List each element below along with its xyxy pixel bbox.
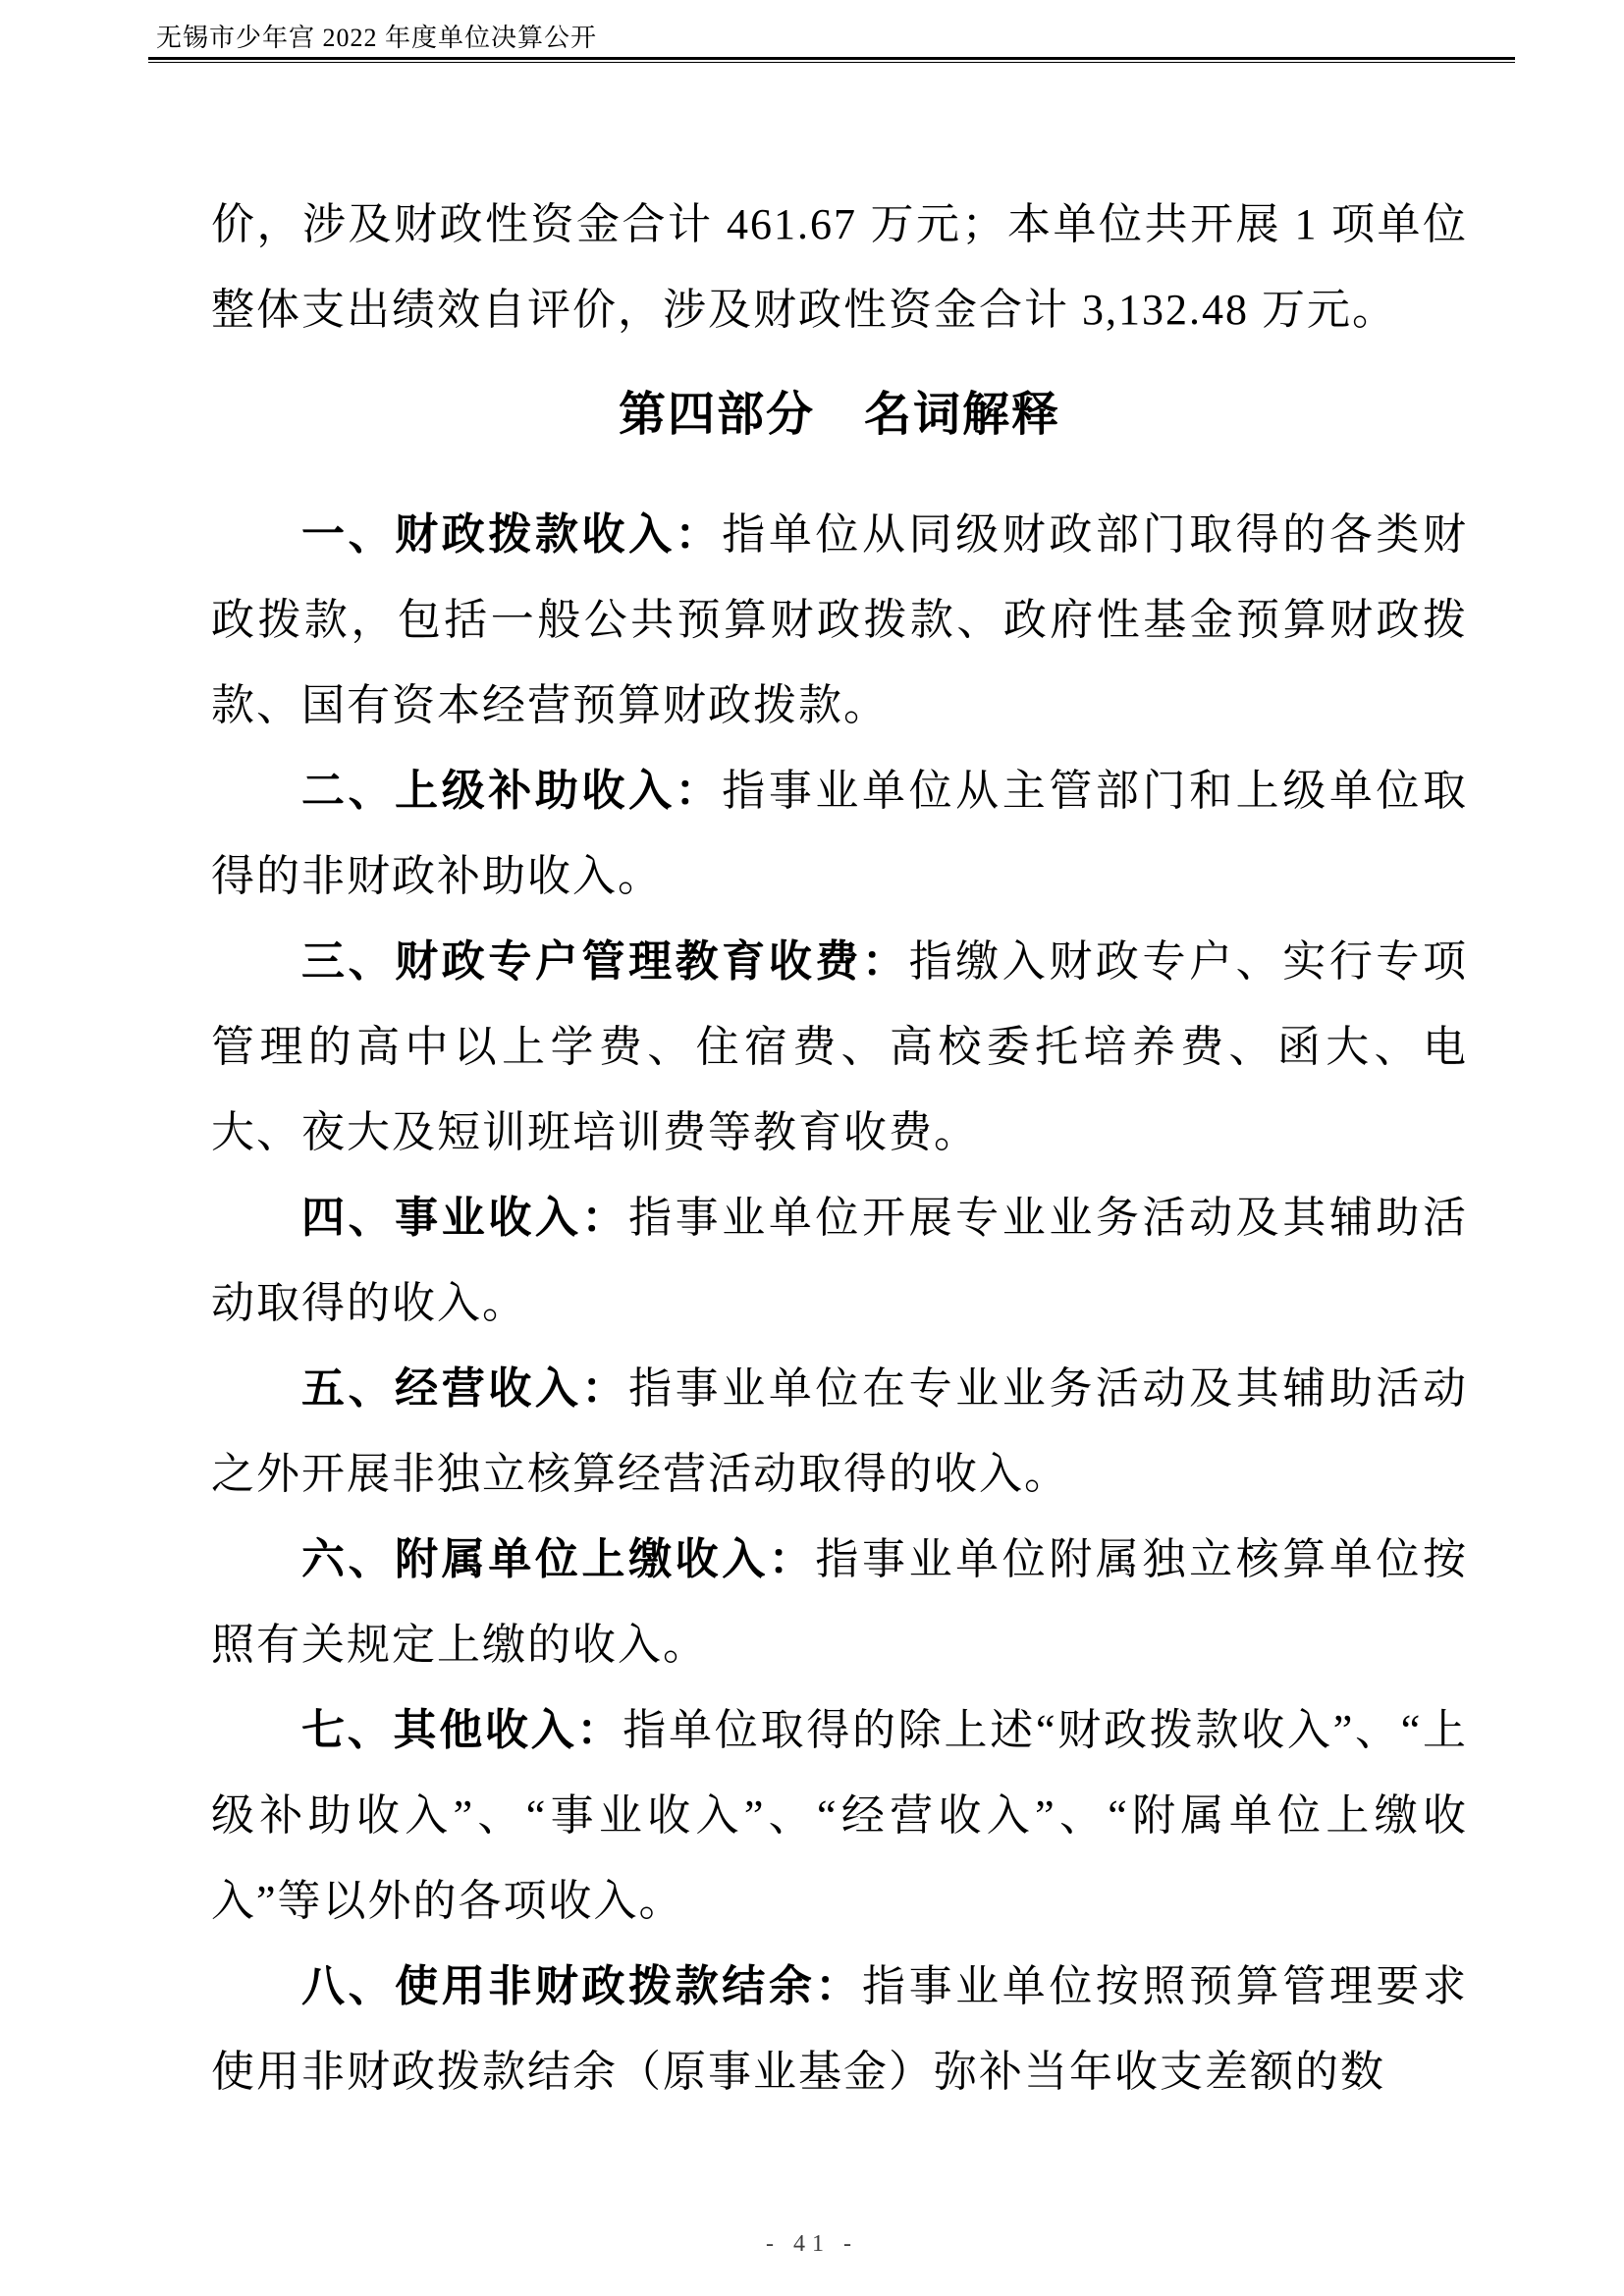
term-name: 七、其他收入：: [301, 1706, 623, 1754]
term-name: 三、财政专户管理教育收费：: [301, 937, 909, 986]
document-page: 无锡市少年宫 2022 年度单位决算公开 价，涉及财政性资金合计 461.67 …: [0, 0, 1624, 2296]
term-paragraph: 七、其他收入：指单位取得的除上述“财政拨款收入”、“上级补助收入”、“事业收入”…: [211, 1687, 1468, 1944]
term-paragraph: 五、经营收入：指事业单位在专业业务活动及其辅助活动之外开展非独立核算经营活动取得…: [211, 1346, 1468, 1517]
continuation-paragraph: 价，涉及财政性资金合计 461.67 万元；本单位共开展 1 项单位整体支出绩效…: [211, 182, 1468, 352]
term-paragraph: 一、财政拨款收入：指单位从同级财政部门取得的各类财政拨款，包括一般公共预算财政拨…: [211, 492, 1468, 748]
term-name: 八、使用非财政拨款结余：: [301, 1962, 862, 2010]
document-body: 价，涉及财政性资金合计 461.67 万元；本单位共开展 1 项单位整体支出绩效…: [211, 182, 1468, 2114]
terms-list: 一、财政拨款收入：指单位从同级财政部门取得的各类财政拨款，包括一般公共预算财政拨…: [211, 492, 1468, 2114]
term-name: 五、经营收入：: [301, 1364, 628, 1413]
term-name: 二、上级补助收入：: [301, 767, 722, 815]
term-name: 一、财政拨款收入：: [301, 510, 722, 559]
term-paragraph: 八、使用非财政拨款结余：指事业单位按照预算管理要求使用非财政拨款结余（原事业基金…: [211, 1944, 1468, 2114]
header-rule: [148, 57, 1515, 63]
term-name: 四、事业收入：: [301, 1194, 628, 1242]
page-number: - 41 -: [766, 2231, 858, 2257]
term-name: 六、附属单位上缴收入：: [301, 1535, 815, 1583]
page-footer: - 41 -: [0, 2230, 1624, 2258]
page-header: 无锡市少年宫 2022 年度单位决算公开: [148, 24, 1515, 63]
term-paragraph: 四、事业收入：指事业单位开展专业业务活动及其辅助活动取得的收入。: [211, 1175, 1468, 1346]
header-title: 无锡市少年宫 2022 年度单位决算公开: [156, 24, 1515, 53]
section-heading: 第四部分 名词解释: [211, 372, 1468, 458]
term-paragraph: 二、上级补助收入：指事业单位从主管部门和上级单位取得的非财政补助收入。: [211, 748, 1468, 919]
term-paragraph: 三、财政专户管理教育收费：指缴入财政专户、实行专项管理的高中以上学费、住宿费、高…: [211, 919, 1468, 1175]
term-paragraph: 六、附属单位上缴收入：指事业单位附属独立核算单位按照有关规定上缴的收入。: [211, 1517, 1468, 1687]
continuation-paragraph-text: 价，涉及财政性资金合计 461.67 万元；本单位共开展 1 项单位整体支出绩效…: [211, 200, 1468, 334]
